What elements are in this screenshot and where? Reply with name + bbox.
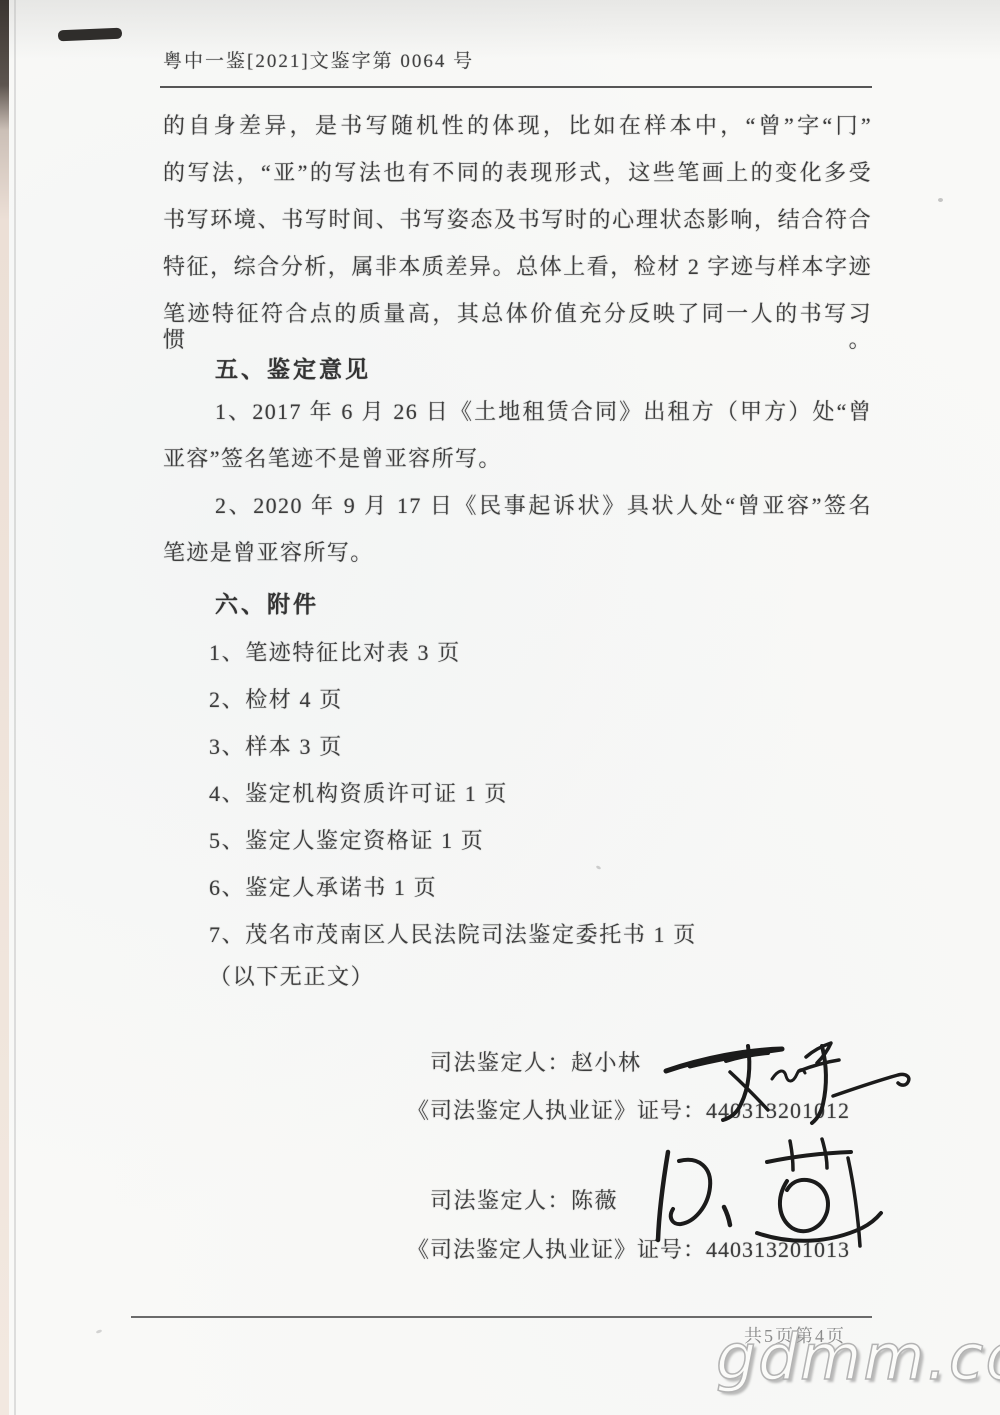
paragraph-line: 笔迹特征符合点的质量高，其总体价值充分反映了同一人的书写习惯。 (163, 301, 872, 353)
document-number: 粤中一鉴[2021]文鉴字第 0064 号 (163, 46, 474, 73)
site-watermark: gdmm.com (716, 1326, 1000, 1389)
section-title-attachments: 六、附件 (215, 586, 319, 619)
opinion-item2-line: 笔迹是曾亚容所写。 (163, 540, 872, 566)
signer1-label: 司法鉴定人：赵小林 (430, 1046, 642, 1077)
scanned-document-page: 粤中一鉴[2021]文鉴字第 0064 号 的自身差异，是书写随机性的体现，比如… (0, 0, 1000, 1415)
paragraph-line: 的自身差异，是书写随机性的体现，比如在样本中，“曾”字“冂” (163, 113, 872, 139)
attachment-item: 6、鉴定人承诺书 1 页 (209, 871, 437, 902)
attachment-item: 3、样本 3 页 (209, 730, 343, 761)
opinion-item2-line: 2、2020 年 9 月 17 日《民事起诉状》具状人处“曾亚容”签名 (163, 493, 872, 519)
paragraph-line: 特征，综合分析，属非本质差异。总体上看，检材 2 字迹与样本字迹 (163, 254, 872, 280)
opinion-item1-line: 亚容”签名笔迹不是曾亚容所写。 (163, 446, 872, 472)
scan-corner-mark (58, 28, 122, 42)
attachment-item: 1、笔迹特征比对表 3 页 (209, 636, 461, 667)
attachment-item: 2、检材 4 页 (209, 683, 343, 714)
scan-speck (938, 198, 943, 202)
paragraph-line: 的写法，“亚”的写法也有不同的表现形式，这些笔画上的变化多受 (163, 160, 872, 186)
scan-edge-strip (0, 0, 9, 1415)
opinion-item1-line: 1、2017 年 6 月 26 日《土地租赁合同》出租方（甲方）处“曾 (163, 399, 872, 425)
signer2-cert-number: 《司法鉴定人执业证》证号：440313201013 (407, 1233, 850, 1264)
header-rule (160, 86, 872, 88)
scan-speck (96, 1329, 103, 1334)
attachment-item: 4、鉴定机构资质许可证 1 页 (209, 777, 508, 808)
attachment-item: 5、鉴定人鉴定资格证 1 页 (209, 824, 484, 855)
no-more-text-note: （以下无正文） (209, 960, 374, 991)
footer-rule (131, 1316, 872, 1318)
attachment-item: 7、茂名市茂南区人民法院司法鉴定委托书 1 页 (209, 918, 697, 949)
signer1-cert-number: 《司法鉴定人执业证》证号：440313201012 (407, 1094, 850, 1125)
section-title-opinion: 五、鉴定意见 (215, 351, 371, 384)
scan-speck (596, 865, 602, 870)
paragraph-line: 书写环境、书写时间、书写姿态及书写时的心理状态影响，结合符合 (163, 207, 872, 233)
scan-edge-line (14, 0, 16, 1415)
signer2-label: 司法鉴定人：陈薇 (430, 1184, 618, 1215)
chen-wei-signature-icon (658, 1139, 881, 1246)
